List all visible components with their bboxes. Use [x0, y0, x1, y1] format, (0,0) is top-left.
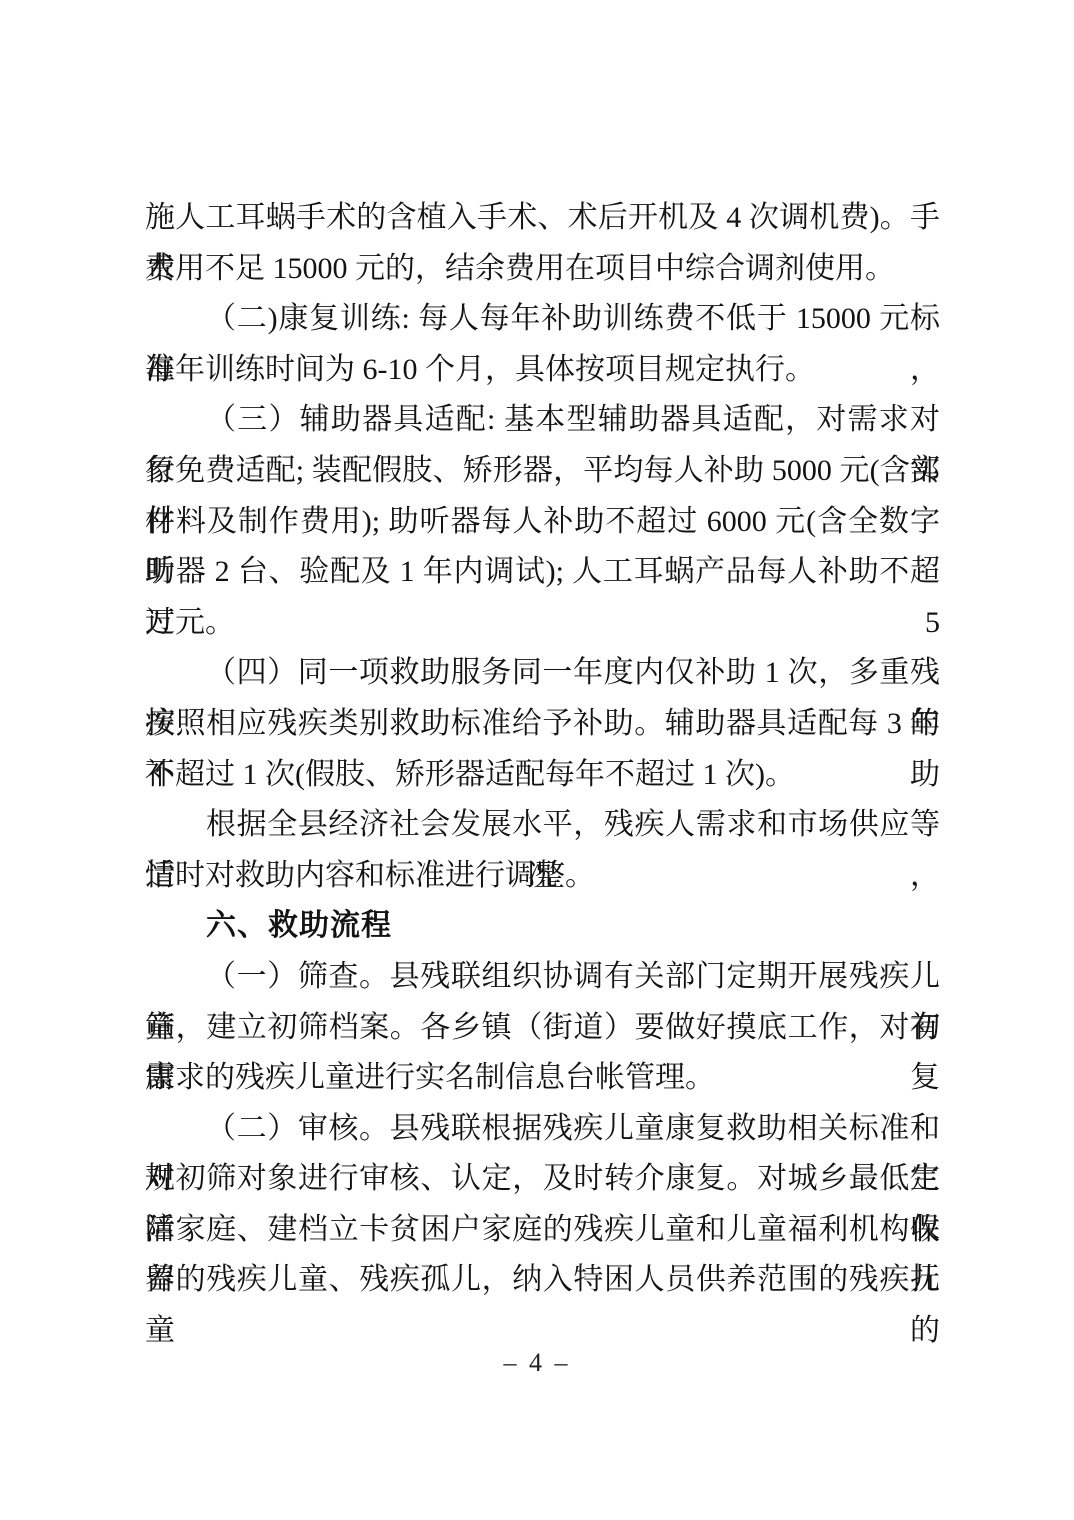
text-line: 行免费适配; 装配假肢、矫形器，平均每人补助 5000 元(含部件	[145, 446, 940, 497]
page-number: – 4 –	[504, 1348, 571, 1377]
document-page: 施人工耳蜗手术的含植入手术、术后开机及 4 次调机费)。手术费用不足 15000…	[0, 0, 1074, 1520]
text-line: 根据全县经济社会发展水平，残疾人需求和市场供应等情况，	[145, 800, 940, 851]
text-line: 筛，建立初筛档案。各乡镇（街道）要做好摸底工作，对有康复	[145, 1003, 940, 1054]
text-line: （三）辅助器具适配: 基本型辅助器具适配，对需求对象实	[145, 395, 940, 446]
text-line: 材料及制作费用); 助听器每人补助不超过 6000 元(含全数字助	[145, 497, 940, 548]
text-line: 听器 2 台、验配及 1 年内调试); 人工耳蜗产品每人补助不超过 5	[145, 547, 940, 598]
text-line: （一）筛查。县残联组织协调有关部门定期开展残疾儿童初	[145, 952, 940, 1003]
text-line: （二）审核。县残联根据残疾儿童康复救助相关标准和规定	[145, 1104, 940, 1155]
text-line: （四）同一项救助服务同一年度内仅补助 1 次，多重残疾的	[145, 648, 940, 699]
text-line: 施人工耳蜗手术的含植入手术、术后开机及 4 次调机费)。手术	[145, 193, 940, 244]
text-line: （二)康复训练: 每人每年补助训练费不低于 15000 元标准，	[145, 294, 940, 345]
section-heading: 六、救助流程	[145, 901, 940, 952]
document-content: 施人工耳蜗手术的含植入手术、术后开机及 4 次调机费)。手术费用不足 15000…	[145, 193, 940, 1306]
text-line: 按照相应残疾类别救助标准给予补助。辅助器具适配每 3 年补助	[145, 699, 940, 750]
text-line: 障家庭、建档立卡贫困户家庭的残疾儿童和儿童福利机构收留抚	[145, 1205, 940, 1256]
page-footer: – 4 –	[0, 1348, 1074, 1378]
text-line: 养的残疾儿童、残疾孤儿，纳入特困人员供养范围的残疾儿童的	[145, 1255, 940, 1306]
text-line: 费用不足 15000 元的，结余费用在项目中综合调剂使用。	[145, 244, 940, 295]
text-line: 对初筛对象进行审核、认定，及时转介康复。对城乡最低生活保	[145, 1154, 940, 1205]
